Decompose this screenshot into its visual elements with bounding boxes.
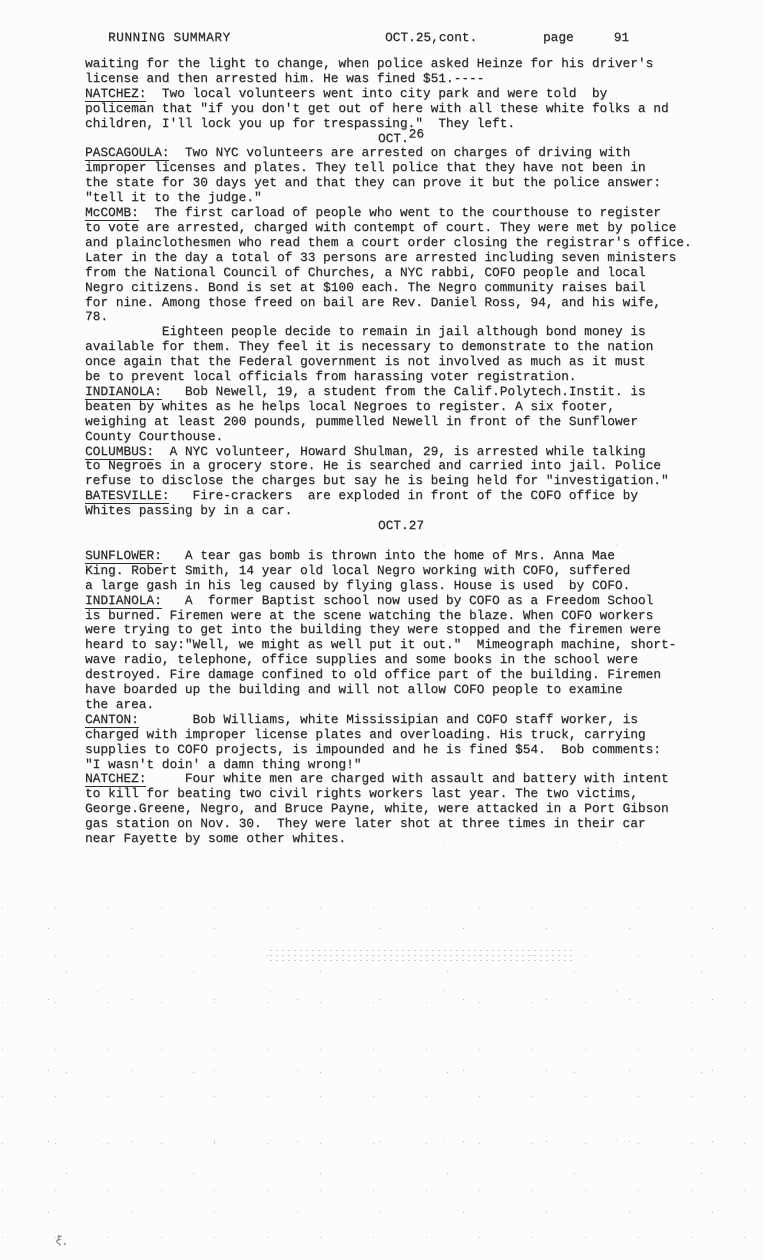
city-label: SUNFLOWER:: [85, 548, 162, 564]
entry-paragraph: McCOMB: The first carload of people who …: [85, 206, 717, 325]
entry-paragraph: PASCAGOULA: Two NYC volunteers are arres…: [85, 146, 717, 206]
entry-paragraph: COLUMBUS: A NYC volunteer, Howard Shulma…: [85, 445, 717, 490]
scan-corner-smudge: ξ.: [54, 1235, 69, 1249]
entry-text: A former Baptist school now used by COFO…: [85, 593, 676, 712]
entry-text: The first carload of people who went to …: [85, 205, 692, 324]
city-label: BATESVILLE:: [85, 488, 169, 504]
entry-paragraph: BATESVILLE: Fire-crackers are exploded i…: [85, 489, 717, 519]
page-label: page: [543, 30, 574, 45]
city-label: INDIANOLA:: [85, 384, 162, 400]
date-text: OCT.: [378, 131, 409, 146]
body-paragraph: waiting for the light to change, when po…: [85, 57, 717, 87]
scan-noise-heavy: [0, 880, 763, 1260]
page-header: RUNNING SUMMARY OCT.25,cont. page91: [85, 30, 715, 46]
entry-text: A NYC volunteer, Howard Shulman, 29, is …: [85, 444, 669, 489]
date-subheading: OCT.26: [85, 132, 717, 147]
running-summary-title: RUNNING SUMMARY: [108, 30, 231, 45]
body-paragraph: Eighteen people decide to remain in jail…: [85, 325, 717, 385]
city-label: CANTON:: [85, 712, 139, 728]
city-label: NATCHEZ:: [85, 771, 146, 787]
city-label: COLUMBUS:: [85, 444, 154, 460]
entry-paragraph: CANTON: Bob Williams, white Mississipian…: [85, 713, 717, 773]
entry-text: Four white men are charged with assault …: [85, 771, 669, 846]
document-body: waiting for the light to change, when po…: [85, 57, 717, 847]
entry-paragraph: NATCHEZ: Four white men are charged with…: [85, 772, 717, 847]
entry-text: Two NYC volunteers are arrested on charg…: [85, 145, 661, 205]
page-number: 91: [614, 30, 629, 45]
entry-text: A tear gas bomb is thrown into the home …: [85, 548, 630, 593]
scan-noise-band: [268, 948, 572, 964]
date-raised-digits: 26: [409, 127, 424, 142]
date-heading: OCT.25,cont.: [385, 30, 477, 45]
city-label: McCOMB:: [85, 205, 139, 221]
blank-line: [85, 534, 717, 549]
city-label: PASCAGOULA:: [85, 145, 169, 161]
entry-text: Two local volunteers went into city park…: [85, 86, 669, 131]
entry-text: Bob Williams, white Mississipian and COF…: [85, 712, 661, 772]
entry-text: Bob Newell, 19, a student from the Calif…: [85, 384, 646, 444]
city-label: NATCHEZ:: [85, 86, 146, 102]
entry-paragraph: INDIANOLA: Bob Newell, 19, a student fro…: [85, 385, 717, 445]
entry-text: waiting for the light to change, when po…: [85, 56, 653, 86]
entry-text: Eighteen people decide to remain in jail…: [85, 324, 653, 384]
entry-paragraph: SUNFLOWER: A tear gas bomb is thrown int…: [85, 549, 717, 594]
scanned-document-page: RUNNING SUMMARY OCT.25,cont. page91 wait…: [0, 0, 763, 1260]
page-number-group: page91: [543, 30, 629, 45]
date-subheading: OCT.27: [85, 519, 717, 534]
entry-paragraph: INDIANOLA: A former Baptist school now u…: [85, 594, 717, 713]
date-text: OCT.27: [378, 518, 424, 533]
city-label: INDIANOLA:: [85, 593, 162, 609]
entry-paragraph: NATCHEZ: Two local volunteers went into …: [85, 87, 717, 132]
